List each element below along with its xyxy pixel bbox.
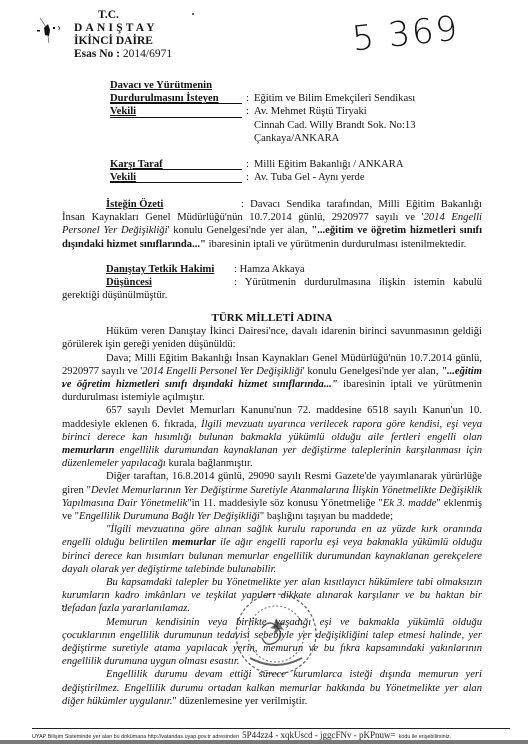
defendant-counsel-row: Vekili : Av. Tuba Gel - Aynı yerde: [110, 171, 416, 184]
decision-paragraph-2: Dava; Milli Eğitim Bakanlığı İnsan Kayna…: [62, 352, 482, 405]
scan-speck: [62, 605, 64, 607]
case-number: Esas No : 2014/6971: [74, 48, 172, 61]
summary-text-2: ' konulu Genelgesi'nde yer alan,: [168, 225, 312, 236]
colon: :: [246, 105, 254, 118]
defendant-value: Milli Eğitim Bakanlığı / ANKARA: [254, 158, 404, 171]
defendant-row: Karşı Taraf : Milli Eğitim Bakanlığı / A…: [110, 158, 416, 171]
case-number-value: 2014/6971: [123, 48, 172, 60]
court-name: DANIŞTAY: [74, 22, 172, 35]
verification-code: 5P44zz4 - xqkUscd - jggcFNv - pKPnuw=: [242, 730, 396, 740]
plaintiff-counsel-row: Vekili : Av. Mehmet Rüştü Tiryaki: [110, 105, 416, 118]
official-seal-stamp-icon: [232, 588, 320, 678]
tc-label: T.C.: [74, 9, 172, 22]
opinion-label: Düşüncesi: [106, 276, 234, 289]
scan-speck: [62, 385, 64, 387]
judge-value: Hamza Akkaya: [240, 264, 305, 275]
defendant-label: Karşı Taraf: [110, 158, 246, 171]
defendant-counsel-value: Av. Tuba Gel - Aynı yerde: [254, 171, 365, 184]
decision-title: TÜRK MİLLETİ ADINA: [62, 312, 482, 325]
colon: :: [241, 199, 244, 210]
decision-paragraph-1: Hüküm veren Danıştay İkinci Dairesi'nce,…: [62, 325, 482, 351]
colon: :: [234, 264, 237, 275]
plaintiff-label-row: Davacı ve Yürütmenin: [110, 79, 416, 92]
footer-verification: UYAP Bilişim Sisteminde yer alan bu dokü…: [32, 730, 451, 740]
address-row-1: Cinnah Cad. Willy Brandt Sok. No:13: [110, 119, 416, 132]
plaintiff-counsel-address-2: Çankaya/ANKARA: [254, 132, 339, 145]
plaintiff-counsel-value: Av. Mehmet Rüştü Tiryaki: [254, 105, 367, 118]
summary-label: İsteğin Özeti: [106, 198, 241, 211]
colon: :: [246, 158, 254, 171]
plaintiff-label-1: Davacı ve Yürütmenin: [110, 79, 246, 92]
colon: :: [234, 277, 237, 288]
decision-paragraph-3: 657 sayılı Devlet Memurları Kanunu'nun 7…: [62, 404, 482, 470]
plaintiff-value: Eğitim ve Bilim Emekçileri Sendikası: [254, 92, 415, 105]
scan-bottom-edge: [0, 740, 528, 744]
handwritten-number: 5 369: [350, 8, 461, 59]
plaintiff-label-2: Durdurulmasını İsteyen: [110, 92, 246, 105]
decision-paragraph-4: Diğer taraftan, 16.8.2014 günlü, 29090 s…: [62, 470, 482, 523]
plaintiff-counsel-address-1: Cinnah Cad. Willy Brandt Sok. No:13: [254, 119, 416, 132]
request-summary: İsteğin Özeti: Davacı Sendika tarafından…: [62, 198, 482, 251]
rapporteur-judge-block: Danıştay Tetkik Hakimi: Hamza Akkaya Düş…: [62, 263, 482, 303]
emblem-mark-icon: [34, 16, 70, 46]
case-number-label: Esas No :: [74, 48, 120, 60]
scan-speck: [192, 13, 194, 15]
summary-text-3: ibaresinin iptali ve yürütmenin durdurul…: [206, 239, 466, 250]
colon: :: [246, 92, 254, 105]
parties-block: Davacı ve Yürütmenin Durdurulmasını İste…: [110, 79, 416, 184]
chamber-name: İKİNCİ DAİRE: [74, 35, 172, 48]
decision-paragraph-5: "İlgili mevzuatına göre alınan sağlık ku…: [62, 523, 482, 576]
plaintiff-row: Durdurulmasını İsteyen : Eğitim ve Bilim…: [110, 92, 416, 105]
plaintiff-counsel-label: Vekili: [110, 105, 246, 118]
document-header: T.C. DANIŞTAY İKİNCİ DAİRE Esas No : 201…: [74, 9, 172, 61]
colon: :: [246, 171, 254, 184]
address-row-2: Çankaya/ANKARA: [110, 132, 416, 145]
judge-label: Danıştay Tetkik Hakimi: [106, 263, 234, 276]
defendant-counsel-label: Vekili: [110, 171, 246, 184]
footer-divider: [32, 728, 510, 729]
